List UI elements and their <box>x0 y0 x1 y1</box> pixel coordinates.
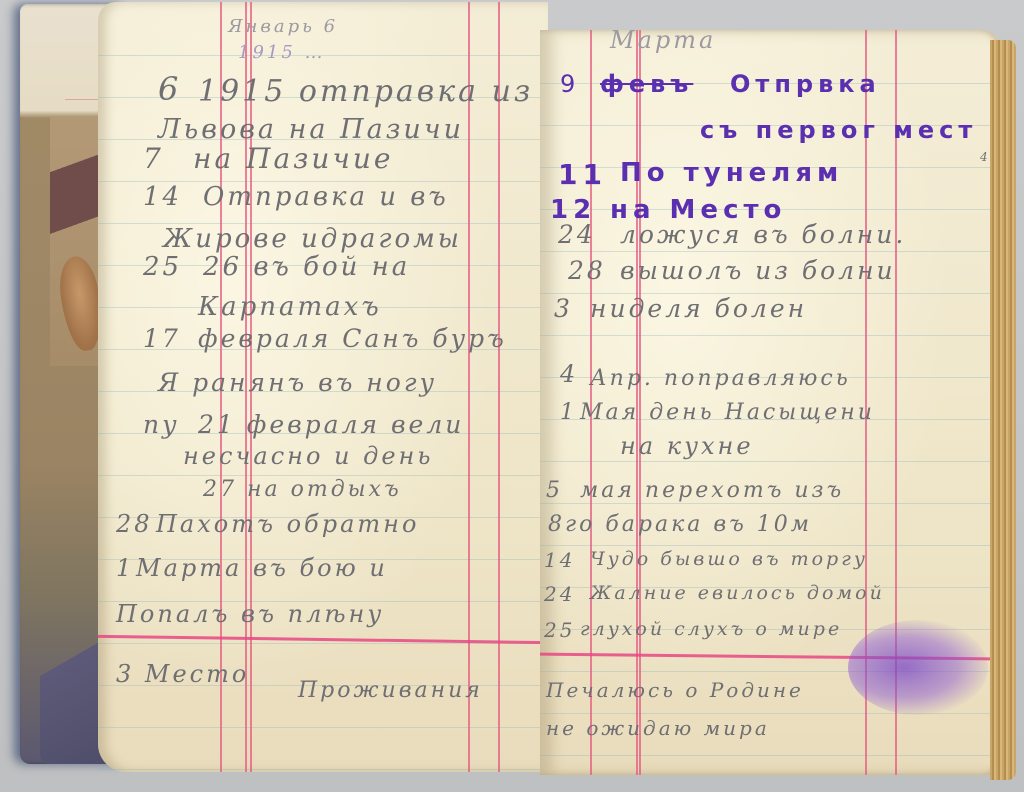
margin-rule <box>498 2 500 772</box>
entry-text: глухой слухъ о мире <box>580 618 842 640</box>
entry-date: 1 <box>560 400 577 425</box>
entry-date: 28 <box>568 256 606 285</box>
page-edges <box>990 40 1016 780</box>
ink-entry-date: 9 <box>560 70 580 98</box>
entry-date: 24 <box>544 582 575 606</box>
entry-text: Я ранянъ въ ногу <box>158 368 437 397</box>
page-header-faint: 1915 … <box>238 42 326 63</box>
entry-text: Пахотъ обратно <box>156 510 419 538</box>
entry-date: 3 <box>554 294 573 323</box>
entry-text: Попалъ въ плѣну <box>116 600 384 628</box>
entry-text: вышолъ из болни <box>620 256 896 285</box>
entry-date: 6 <box>158 70 181 108</box>
ink-entry-struck: февъ <box>600 70 693 98</box>
entry-text: ложуся въ болни. <box>620 220 906 249</box>
entry-text: 21 февраля вели <box>198 410 464 439</box>
entry-text: Марта въ бою и <box>136 554 388 582</box>
entry-text: Жирове идрагомы <box>163 224 462 254</box>
ink-entry-date: 11 <box>558 158 607 191</box>
entry-date: 1 <box>116 554 134 582</box>
entry-date: 14 <box>143 182 182 212</box>
entry-date: 5 <box>546 478 563 503</box>
entry-text: мая перехотъ изъ <box>580 478 844 503</box>
notebook-photo: Li Январь 6 1915 … 6 1915 отправка из Ль… <box>0 0 1024 792</box>
entry-text: февраля Санъ буръ <box>198 324 507 353</box>
ink-entry-text: По тунелям <box>620 158 843 188</box>
page-header: Марта <box>610 26 716 54</box>
entry-date: 7 <box>143 142 164 175</box>
page-header: Январь 6 <box>228 16 338 37</box>
entry-date: 28 <box>116 510 153 538</box>
entry-date: 14 <box>544 548 575 572</box>
entry-text: 27 на отдыхъ <box>203 477 402 502</box>
entry-date: 25 <box>143 252 182 282</box>
ink-entry-text: съ первог мест <box>700 116 977 144</box>
entry-text: 8го барака въ 10м <box>548 512 812 537</box>
left-page: Январь 6 1915 … 6 1915 отправка из Львов… <box>98 2 548 772</box>
entry-text: на Пазичие <box>193 142 393 175</box>
entry-text: Карпатахъ <box>198 292 382 322</box>
footer-text: Печалюсь о Родине <box>546 678 804 702</box>
entry-text: несчаcно и день <box>183 442 433 470</box>
entry-text: Апр. поправляюсь <box>590 366 851 391</box>
entry-date: 4 <box>560 360 578 388</box>
entry-date: 24 <box>558 220 596 249</box>
entry-text: Жалние евилось домой <box>590 582 885 604</box>
margin-rule <box>468 2 470 772</box>
entry-text: ниделя болен <box>590 294 807 323</box>
entry-text: Львова на Пазичи <box>158 114 464 145</box>
entry-date: 25 <box>544 618 575 642</box>
ink-blot <box>848 620 988 715</box>
entry-text: Чудо бывшо въ торгу <box>590 548 868 570</box>
ink-entry-text: Отпрвка <box>730 70 881 98</box>
footer-text: 3 Место <box>116 660 249 688</box>
footer-text: не ожидаю мира <box>546 716 770 740</box>
entry-text: 26 въ бой на <box>203 252 410 282</box>
entry-text: Отправка и въ <box>203 182 449 212</box>
entry-text: 1915 отправка из <box>198 74 533 109</box>
footer-text: Проживания <box>298 678 483 703</box>
entry-text: на кухне <box>620 432 754 460</box>
entry-text: Мая день Насыщени <box>580 400 875 425</box>
entry-date: 17 <box>143 324 181 353</box>
entry-date: пу <box>143 410 180 439</box>
